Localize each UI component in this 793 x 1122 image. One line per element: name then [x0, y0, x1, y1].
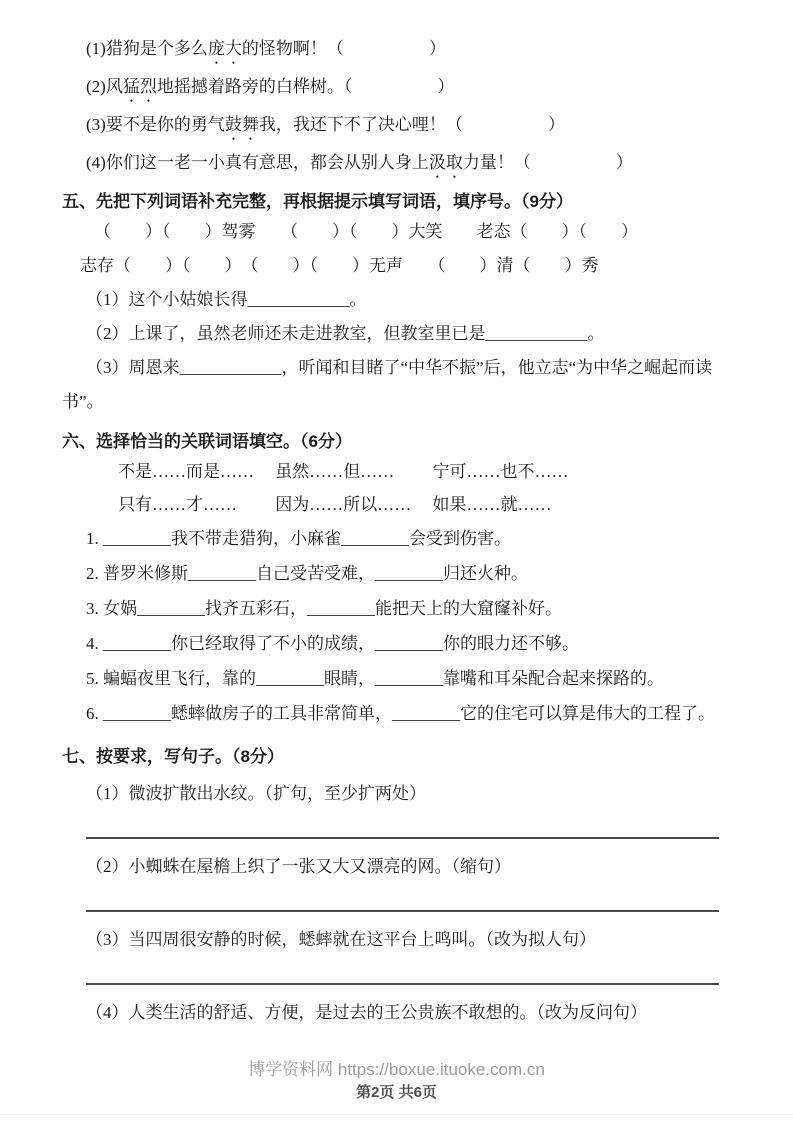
- question-text-pre: (1)猎狗是个多么: [86, 39, 208, 58]
- source-site-url: 博学资料网 https://boxue.ituoke.com.cn: [0, 1058, 793, 1082]
- rewrite-item: （2）小蜘蛛在屋檐上织了一张又大又漂亮的网。（缩句）: [62, 849, 733, 884]
- conjunction-bank-row: 不是……而是…… 虽然……但…… 宁可……也不……: [62, 455, 733, 488]
- fill-in-item: （2）上课了，虽然老师还未走进教室，但教室里已是____________。: [62, 317, 733, 351]
- question-text-post: 的怪物啊！（ ）: [242, 39, 446, 58]
- page-footer: 博学资料网 https://boxue.ituoke.com.cn 第2页 共6…: [0, 1058, 793, 1104]
- answer-line: [86, 983, 719, 985]
- page-number: 第2页 共6页: [0, 1082, 793, 1104]
- question-text-pre: (2)风: [86, 77, 123, 96]
- question-line: (4)你们这一老一小真有意思，都会从别人身上汲取力量！（ ）: [62, 144, 733, 182]
- fill-in-item: 5. 蝙蝠夜里飞行，靠的________眼睛，________靠嘴和耳朵配合起来…: [62, 661, 733, 696]
- question-line: (2)风猛烈地摇撼着路旁的白桦树。（ ）: [62, 68, 733, 106]
- fill-in-item: 1. ________我不带走猎狗，小麻雀________会受到伤害。: [62, 521, 733, 556]
- question-text-post: 地摇撼着路旁的白桦树。（ ）: [157, 77, 455, 96]
- answer-line: [86, 837, 719, 839]
- exam-page: (1)猎狗是个多么庞大的怪物啊！（ ） (2)风猛烈地摇撼着路旁的白桦树。（ ）…: [0, 0, 793, 1122]
- question-line: (1)猎狗是个多么庞大的怪物啊！（ ）: [62, 30, 733, 68]
- fill-in-item: 3. 女娲________找齐五彩石，________能把天上的大窟窿补好。: [62, 591, 733, 626]
- page-bottom-divider: [0, 1114, 793, 1115]
- question-text-post: 力量！（ ）: [463, 153, 633, 172]
- answer-line: [86, 910, 719, 912]
- question-text-pre: (4)你们这一老一小真有意思，都会从别人身上: [86, 153, 429, 172]
- fill-in-item: 6. ________蟋蟀做房子的工具非常简单，________它的住宅可以算是…: [62, 696, 733, 731]
- question-text-post: 我，我还下不了决心哩！（ ）: [259, 115, 565, 134]
- fill-in-item: （3）周恩来____________，听闻和目睹了“中华不振”后，他立志“为中华…: [62, 351, 733, 419]
- section5-title: 五、先把下列词语补充完整，再根据提示填写词语，填序号。（9分）: [62, 189, 733, 215]
- rewrite-item: （3）当四周很安静的时候，蟋蟀就在这平台上鸣叫。（改为拟人句）: [62, 922, 733, 957]
- fill-in-item: 2. 普罗米修斯________自己受苦受难，________归还火种。: [62, 556, 733, 591]
- rewrite-item: （4）人类生活的舒适、方便，是过去的王公贵族不敢想的。（改为反问句）: [62, 995, 733, 1030]
- question-line: (3)要不是你的勇气鼓舞我，我还下不了决心哩！（ ）: [62, 106, 733, 144]
- fill-in-item: 4. ________你已经取得了不小的成绩，________你的眼力还不够。: [62, 626, 733, 661]
- emphasized-word: 鼓舞: [225, 115, 259, 134]
- emphasized-word: 汲取: [429, 153, 463, 172]
- idiom-row: （ ）（ ）驾雾 （ ）（ ）大笑 老态（ ）（ ）: [62, 215, 733, 249]
- exam-content: (1)猎狗是个多么庞大的怪物啊！（ ） (2)风猛烈地摇撼着路旁的白桦树。（ ）…: [62, 30, 733, 1030]
- emphasized-word: 猛烈: [123, 77, 157, 96]
- rewrite-item: （1）微波扩散出水纹。（扩句，至少扩两处）: [62, 776, 733, 811]
- emphasized-word: 庞大: [208, 39, 242, 58]
- section7-title: 七、按要求，写句子。（8分）: [62, 744, 733, 770]
- fill-in-item: （1）这个小姑娘长得____________。: [62, 283, 733, 317]
- idiom-row: 志存（ ）（ ） （ ）（ ）无声 （ ）清（ ）秀: [62, 249, 733, 283]
- section6-title: 六、选择恰当的关联词语填空。（6分）: [62, 429, 733, 455]
- question-text-pre: (3)要不是你的勇气: [86, 115, 225, 134]
- conjunction-bank-row: 只有……才…… 因为……所以…… 如果……就……: [62, 488, 733, 521]
